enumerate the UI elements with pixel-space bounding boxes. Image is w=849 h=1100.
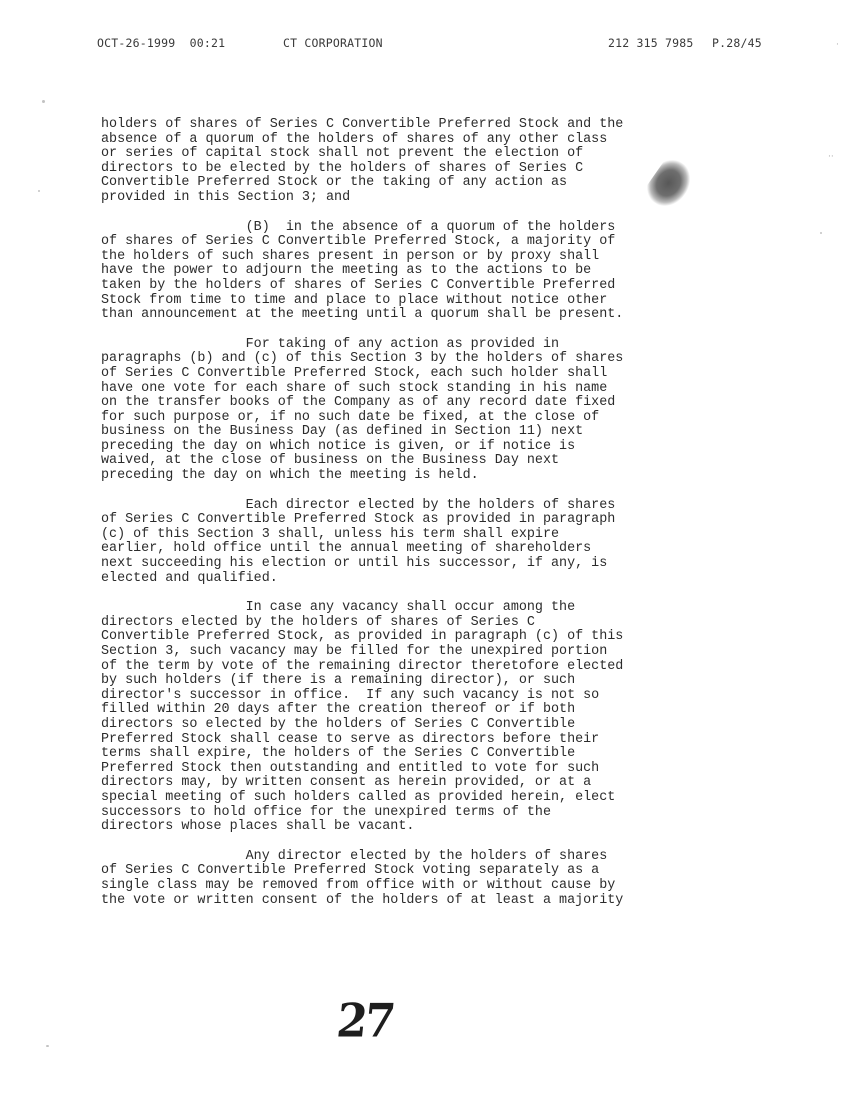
text-line: next succeeding his election or until hi… bbox=[101, 557, 741, 572]
text-line: For taking of any action as provided in bbox=[101, 338, 741, 353]
text-line: Any director elected by the holders of s… bbox=[101, 850, 741, 865]
text-line: Preferred Stock shall cease to serve as … bbox=[101, 733, 741, 748]
text-line: (c) of this Section 3 shall, unless his … bbox=[101, 528, 741, 543]
text-line: Each director elected by the holders of … bbox=[101, 499, 741, 514]
paragraph: (B) in the absence of a quorum of the ho… bbox=[101, 221, 741, 323]
text-line: of the term by vote of the remaining dir… bbox=[101, 660, 741, 675]
scan-speck bbox=[38, 190, 40, 192]
text-line: terms shall expire, the holders of the S… bbox=[101, 747, 741, 762]
text-line: elected and qualified. bbox=[101, 572, 741, 587]
text-line: Convertible Preferred Stock, as provided… bbox=[101, 630, 741, 645]
text-line: directors whose places shall be vacant. bbox=[101, 820, 741, 835]
text-line: filled within 20 days after the creation… bbox=[101, 703, 741, 718]
text-line: taken by the holders of shares of Series… bbox=[101, 279, 741, 294]
text-line: the vote or written consent of the holde… bbox=[101, 894, 741, 909]
text-line: directors may, by written consent as her… bbox=[101, 776, 741, 791]
text-line: preceding the day on which the meeting i… bbox=[101, 469, 741, 484]
margin-mark: ·· bbox=[828, 152, 834, 162]
text-line: directors so elected by the holders of S… bbox=[101, 718, 741, 733]
fax-sender: CT CORPORATION bbox=[283, 36, 383, 50]
paragraph: For taking of any action as provided inp… bbox=[101, 338, 741, 484]
text-line: successors to hold office for the unexpi… bbox=[101, 806, 741, 821]
text-line: have one vote for each share of such sto… bbox=[101, 382, 741, 397]
text-line: earlier, hold office until the annual me… bbox=[101, 542, 741, 557]
text-line: absence of a quorum of the holders of sh… bbox=[101, 133, 741, 148]
scan-speck bbox=[42, 100, 45, 103]
document-body: holders of shares of Series C Convertibl… bbox=[101, 118, 741, 923]
text-line: Section 3, such vacancy may be filled fo… bbox=[101, 645, 741, 660]
paragraph: In case any vacancy shall occur among th… bbox=[101, 601, 741, 835]
fax-phone: 212 315 7985 bbox=[608, 36, 693, 50]
text-line: than announcement at the meeting until a… bbox=[101, 308, 741, 323]
text-line: preceding the day on which notice is giv… bbox=[101, 440, 741, 455]
text-line: for such purpose or, if no such date be … bbox=[101, 411, 741, 426]
text-line: special meeting of such holders called a… bbox=[101, 791, 741, 806]
text-line: of Series C Convertible Preferred Stock,… bbox=[101, 367, 741, 382]
text-line: directors elected by the holders of shar… bbox=[101, 616, 741, 631]
text-line: of Series C Convertible Preferred Stock … bbox=[101, 864, 741, 879]
text-line: by such holders (if there is a remaining… bbox=[101, 674, 741, 689]
text-line: director's successor in office. If any s… bbox=[101, 689, 741, 704]
text-line: Preferred Stock then outstanding and ent… bbox=[101, 762, 741, 777]
text-line: on the transfer books of the Company as … bbox=[101, 396, 741, 411]
text-line: business on the Business Day (as defined… bbox=[101, 425, 741, 440]
text-line: (B) in the absence of a quorum of the ho… bbox=[101, 221, 741, 236]
fax-header: OCT-26-1999 00:21 CT CORPORATION 212 315… bbox=[0, 36, 849, 56]
text-line: holders of shares of Series C Convertibl… bbox=[101, 118, 741, 133]
text-line: Stock from time to time and place to pla… bbox=[101, 294, 741, 309]
fax-page-count: P.28/45 bbox=[712, 36, 762, 50]
scan-speck bbox=[820, 232, 822, 234]
text-line: waived, at the close of business on the … bbox=[101, 454, 741, 469]
text-line: of shares of Series C Convertible Prefer… bbox=[101, 235, 741, 250]
text-line: the holders of such shares present in pe… bbox=[101, 250, 741, 265]
paragraph: Any director elected by the holders of s… bbox=[101, 850, 741, 908]
handwritten-page-number: 27 bbox=[334, 995, 395, 1049]
text-line: have the power to adjourn the meeting as… bbox=[101, 264, 741, 279]
paragraph: Each director elected by the holders of … bbox=[101, 499, 741, 587]
text-line: In case any vacancy shall occur among th… bbox=[101, 601, 741, 616]
text-line: directors to be elected by the holders o… bbox=[101, 162, 741, 177]
fax-datetime: OCT-26-1999 00:21 bbox=[97, 36, 225, 50]
text-line: of Series C Convertible Preferred Stock … bbox=[101, 513, 741, 528]
text-line: paragraphs (b) and (c) of this Section 3… bbox=[101, 352, 741, 367]
scan-speck bbox=[46, 1045, 49, 1047]
margin-mark: · bbox=[836, 40, 839, 50]
text-line: single class may be removed from office … bbox=[101, 879, 741, 894]
text-line: or series of capital stock shall not pre… bbox=[101, 147, 741, 162]
